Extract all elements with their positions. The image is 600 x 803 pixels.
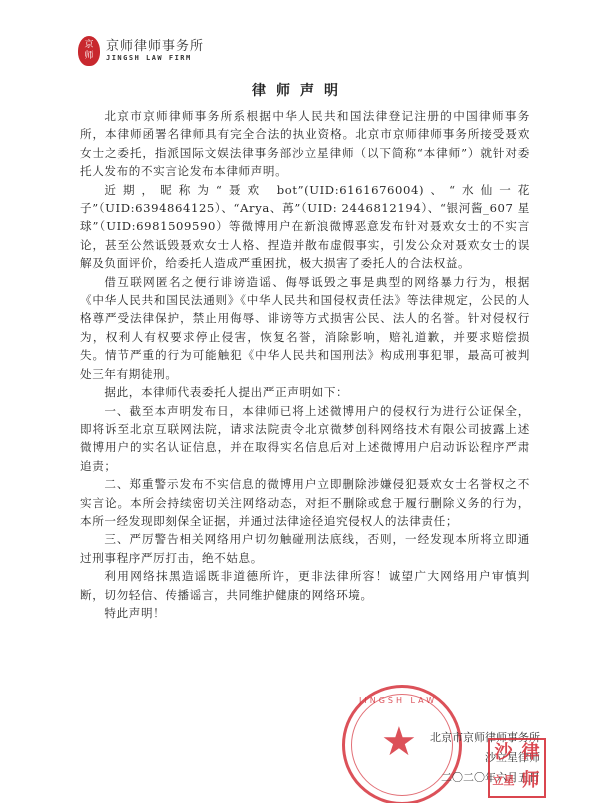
paragraph-legal-basis: 借互联网匿名之便行诽谤造谣、侮辱诋毁之事是典型的网络暴力行为，根据《中华人民共和…: [80, 273, 530, 383]
firm-logo-seal: 京 师: [78, 36, 100, 66]
paragraph-point-2: 二、郑重警示发布不实信息的微博用户立即删除涉嫌侵犯聂欢女士名誉权之不实言论。本所…: [80, 475, 530, 530]
paragraph-intro: 北京市京师律师事务所系根据中华人民共和国法律登记注册的中国律师事务所，本律师函署…: [80, 107, 530, 181]
seal-char: 立星: [490, 768, 517, 796]
seal-char: 师: [517, 768, 544, 796]
seal-char: 律: [517, 740, 544, 768]
logo-char: 京: [84, 40, 93, 51]
paragraph-appeal: 利用网络抹黑造谣既非道德所许，更非法律所容！诚望广大网络用户审慎判断，切勿轻信、…: [80, 567, 530, 604]
firm-name-en: JINGSH LAW FIRM: [106, 54, 204, 63]
paragraph-declaration-lead: 据此，本律师代表委托人提出严正声明如下：: [80, 383, 530, 401]
paragraph-point-1: 一、截至本声明发布日，本律师已将上述微博用户的侵权行为进行公证保全，即将诉至北京…: [80, 402, 530, 476]
seal-char: 沙: [490, 740, 517, 768]
paragraph-point-3: 三、严厉警告相关网络用户切勿触碰刑法底线，否则，一经发现本所将立即通过刑事程序严…: [80, 530, 530, 567]
document-title: 律师声明: [0, 80, 600, 100]
lawyer-square-seal: 沙 律 立星 师: [488, 738, 546, 798]
statement-body: 北京市京师律师事务所系根据中华人民共和国法律登记注册的中国律师事务所，本律师函署…: [80, 107, 530, 622]
firm-name-cn: 京师律师事务所: [106, 39, 204, 54]
paragraph-closing: 特此声明！: [80, 604, 530, 622]
firm-name: 京师律师事务所 JINGSH LAW FIRM: [106, 39, 204, 63]
letterhead: 京 师 京师律师事务所 JINGSH LAW FIRM: [78, 36, 204, 66]
paragraph-background: 近期，昵称为“聂欢 bot”(UID:6161676004)、“水仙一花子”（U…: [80, 181, 530, 273]
stamp-ring-text: JINGSH LAW: [359, 696, 437, 705]
logo-char: 师: [84, 51, 93, 62]
